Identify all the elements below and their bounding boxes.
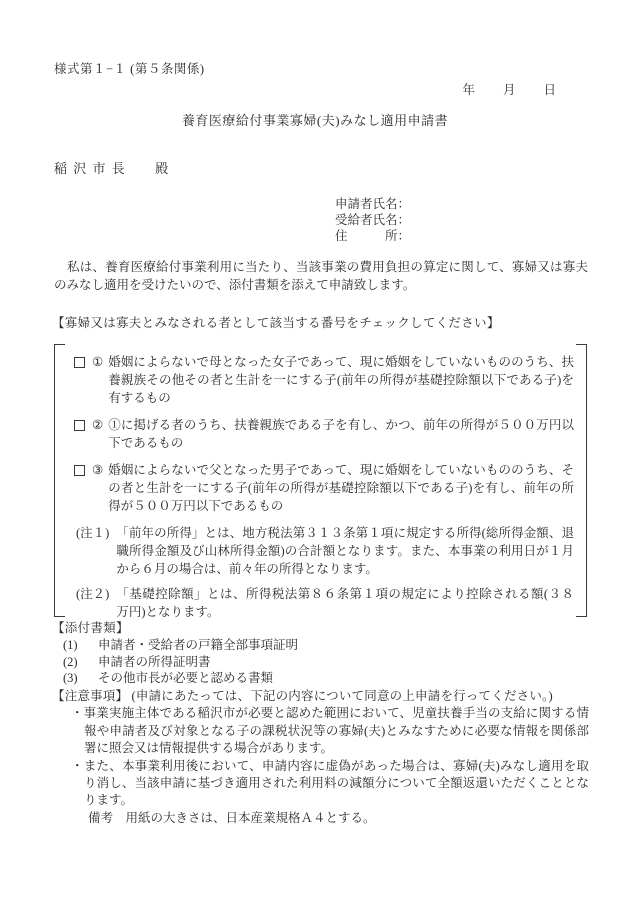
date-line: 年 月 日 (462, 80, 557, 98)
applicant-name-label[interactable]: 申請者氏名： (335, 196, 410, 212)
note-1: (注１) 「前年の所得」とは、地方税法第３１３条第１項に規定する所得(総所得金額… (76, 524, 574, 578)
checkbox-item-1[interactable] (74, 357, 85, 368)
checklist-item-2-text: ①に掲げる者のうち、扶養親族である子を有し、かつ、前年の所得が５００万円以下であ… (108, 416, 574, 452)
notice-heading: 【注意事項】 (申請にあたっては、下記の内容について同意の上申請を行ってください… (52, 688, 589, 705)
attachment-item-2: (2) 申請者の所得証明書 (63, 654, 298, 671)
application-form-page: 様式第１−１ (第５条関係) 年 月 日 養育医療給付事業寡婦(夫)みなし適用申… (0, 0, 630, 903)
attachment-3-number: (3) (63, 670, 85, 687)
checklist-item-3: ③ 婚姻によらないで父となった男子であって、現に婚姻をしていないもののうち、その… (73, 461, 574, 515)
note-2-text: 「基礎控除額」とは、所得税法第８６条第１項の規定により控除される額(３８ 万円)… (116, 585, 574, 621)
applicant-fields: 申請者氏名： 受給者氏名： 住 所： (335, 196, 410, 244)
checklist-item-1: ① 婚姻によらないで母となった女子であって、現に婚姻をしていないもののうち、扶養… (73, 353, 574, 407)
notice-bullet-1: ・事業実施主体である稲沢市が必要と認めた範囲において、児童扶養手当の支給に関する… (71, 705, 589, 757)
notice-bullet-2: ・また、本事業利用後において、申請内容に虚偽があった場合は、寡婦(夫)みなし適用… (71, 758, 589, 810)
checkbox-item-3[interactable] (74, 465, 85, 476)
attachments-section: 【添付書類】 (1) 申請者・受給者の戸籍全部事項証明 (2) 申請者の所得証明… (54, 620, 298, 687)
attachment-1-text: 申請者・受給者の戸籍全部事項証明 (98, 637, 298, 654)
circled-number-1: ① (92, 353, 103, 407)
note-2: (注２) 「基礎控除額」とは、所得税法第８６条第１項の規定により控除される額(３… (76, 585, 574, 621)
checklist-heading: 【寡婦又は寡夫とみなされる者として該当する番号をチェックしてください】 (52, 313, 500, 331)
addressee-line: 稲 沢 市 長 殿 (54, 158, 170, 177)
note-1-text: 「前年の所得」とは、地方税法第３１３条第１項に規定する所得(総所得金額、退職所得… (116, 524, 574, 578)
address-label[interactable]: 住 所： (335, 228, 410, 244)
intro-paragraph: 私は、養育医療給付事業利用に当たり、当該事業の費用負担の算定に関して、寡婦又は寡… (54, 258, 588, 294)
checklist-frame: ① 婚姻によらないで母となった女子であって、現に婚姻をしていないもののうち、扶養… (54, 344, 587, 617)
checklist-item-3-text: 婚姻によらないで父となった男子であって、現に婚姻をしていないもののうち、その者と… (108, 461, 574, 515)
checklist-content: ① 婚姻によらないで母となった女子であって、現に婚姻をしていないもののうち、扶養… (73, 353, 574, 628)
note-1-label: (注１) (76, 524, 109, 578)
checklist-item-1-text: 婚姻によらないで母となった女子であって、現に婚姻をしていないもののうち、扶養親族… (108, 353, 574, 407)
attachment-1-number: (1) (63, 637, 85, 654)
circled-number-2: ② (92, 416, 103, 452)
form-number: 様式第１−１ (第５条関係) (54, 59, 205, 77)
circled-number-3: ③ (92, 461, 103, 515)
recipient-name-label[interactable]: 受給者氏名： (335, 212, 410, 228)
note-2-label: (注２) (76, 585, 109, 621)
bracket-border-left (54, 344, 65, 617)
notice-section: 【注意事項】 (申請にあたっては、下記の内容について同意の上申請を行ってください… (54, 688, 589, 827)
paper-size-remark: 備考 用紙の大きさは、日本産業規格Ａ４とする。 (88, 810, 589, 827)
attachment-2-number: (2) (63, 654, 85, 671)
bracket-border-right (576, 344, 587, 617)
attachment-2-text: 申請者の所得証明書 (98, 654, 211, 671)
attachment-3-text: その他市長が必要と認める書類 (98, 670, 273, 687)
checklist-item-2: ② ①に掲げる者のうち、扶養親族である子を有し、かつ、前年の所得が５００万円以下… (73, 416, 574, 452)
checkbox-item-2[interactable] (74, 420, 85, 431)
attachment-item-3: (3) その他市長が必要と認める書類 (63, 670, 298, 687)
attachment-item-1: (1) 申請者・受給者の戸籍全部事項証明 (63, 637, 298, 654)
attachments-heading: 【添付書類】 (52, 620, 298, 637)
page-title: 養育医療給付事業寡婦(夫)みなし適用申請書 (0, 110, 630, 129)
